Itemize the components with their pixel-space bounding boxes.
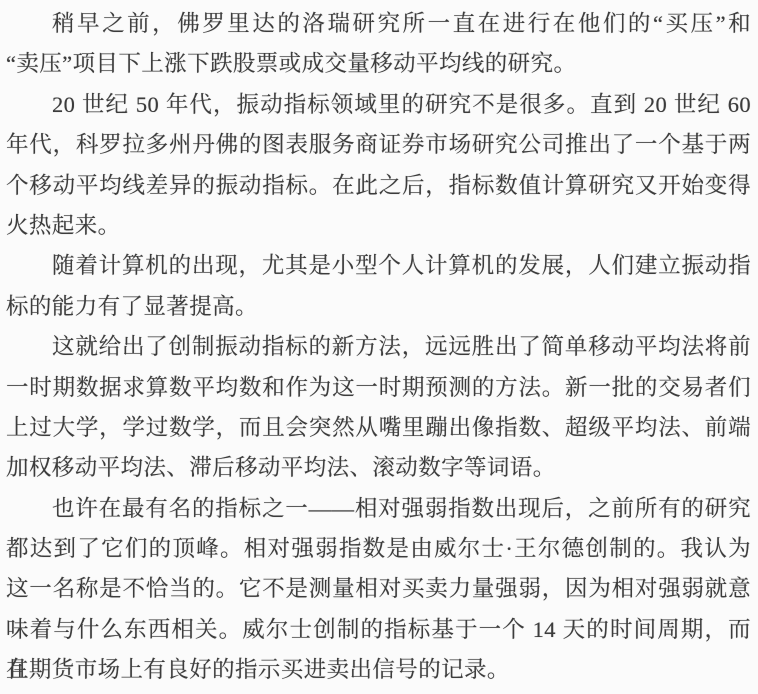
text-line: 一时期数据求算数平均数和作为这一时期预测的方法。新一批的交易者们 [6,368,751,408]
text-line: 味着与什么东西相关。威尔士创制的指标基于一个 14 天的时间周期，而且 [6,610,751,650]
text-line: 稍早之前，佛罗里达的洛瑞研究所一直在进行在他们的“买压”和 [6,4,751,44]
text-line: 都达到了它们的顶峰。相对强弱指数是由威尔士·王尔德创制的。我认为 [6,529,751,569]
text-line: 火热起来。 [6,206,751,246]
text-line: “卖压”项目下上涨下跌股票或成交量移动平均线的研究。 [6,44,751,84]
text-line: 上过大学，学过数学，而且会突然从嘴里蹦出像指数、超级平均法、前端 [6,408,751,448]
text-line: 也许在最有名的指标之一——相对强弱指数出现后，之前所有的研究 [6,489,751,529]
text-line: 个移动平均线差异的振动指标。在此之后，指标数值计算研究又开始变得 [6,166,751,206]
text-line: 这就给出了创制振动指标的新方法，远远胜出了简单移动平均法将前 [6,327,751,367]
text-line: 加权移动平均法、滞后移动平均法、滚动数字等词语。 [6,448,751,488]
book-page: 稍早之前，佛罗里达的洛瑞研究所一直在进行在他们的“买压”和 “卖压”项目下上涨下… [0,0,758,694]
text-line: 20 世纪 50 年代，振动指标领域里的研究不是很多。直到 20 世纪 60 [6,85,751,125]
text-line: 在期货市场上有良好的指示买进卖出信号的记录。 [6,650,751,690]
text-line: 年代，科罗拉多州丹佛的图表服务商证券市场研究公司推出了一个基于两 [6,125,751,165]
text-line: 这一名称是不恰当的。它不是测量相对买卖力量强弱，因为相对强弱就意 [6,569,751,609]
text-line: 标的能力有了显著提高。 [6,287,751,327]
text-line: 随着计算机的出现，尤其是小型个人计算机的发展，人们建立振动指 [6,246,751,286]
